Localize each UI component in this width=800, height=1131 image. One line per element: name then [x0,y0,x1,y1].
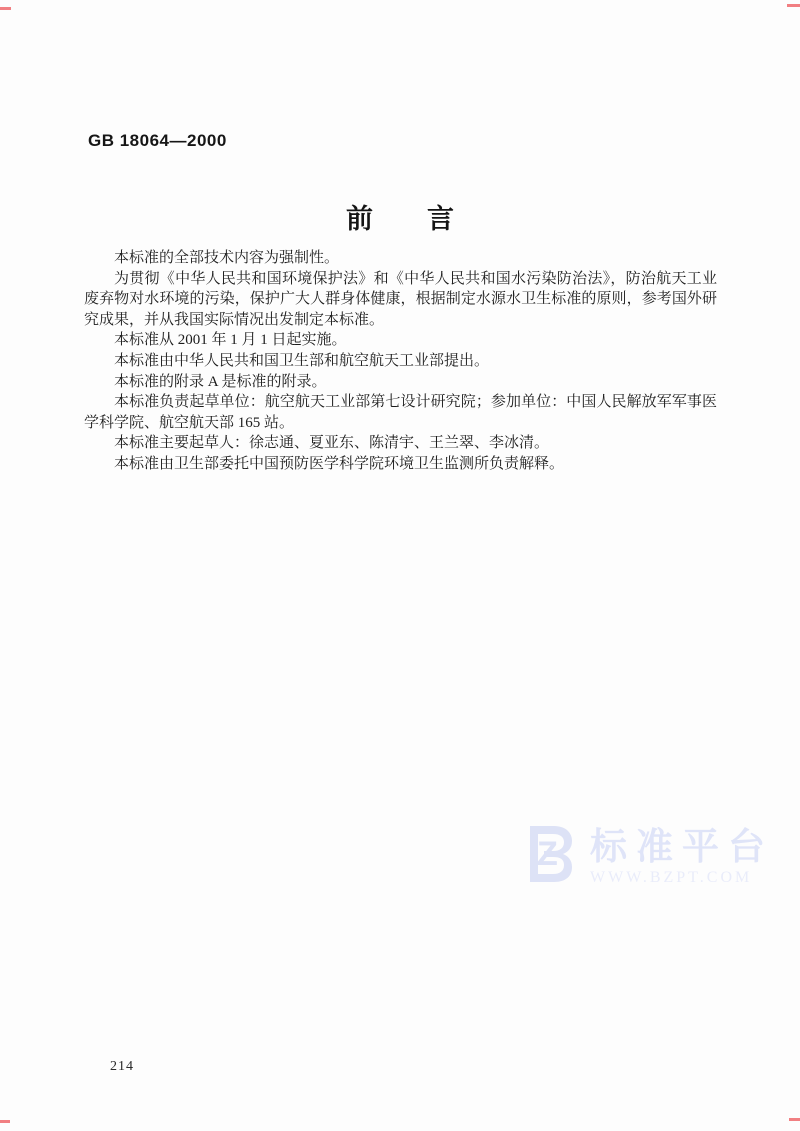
foreword-paragraph: 本标准由中华人民共和国卫生部和航空航天工业部提出。 [84,351,717,372]
foreword-paragraph: 本标准的附录 A 是标准的附录。 [84,372,717,393]
page-number: 214 [110,1059,134,1075]
corner-mark-bottom-left [0,1120,10,1123]
corner-mark-bottom-right [789,1118,800,1121]
bzpt-logo-icon: Z [520,820,580,888]
foreword-paragraph: 本标准主要起草人：徐志通、夏亚东、陈清宇、王兰翠、李冰清。 [84,433,717,454]
foreword-body: 本标准的全部技术内容为强制性。 为贯彻《中华人民共和国环境保护法》和《中华人民共… [84,248,717,475]
standard-number: GB 18064—2000 [88,131,227,151]
page-title: 前 言 [0,197,800,236]
svg-text:Z: Z [537,835,558,873]
document-page: GB 18064—2000 前 言 本标准的全部技术内容为强制性。 为贯彻《中华… [0,0,800,1131]
watermark-brand: 标准平台 [590,828,774,866]
watermark: Z 标准平台 WWW.BZPT.COM [520,820,774,888]
watermark-text: 标准平台 WWW.BZPT.COM [590,820,774,887]
corner-mark-top-left [0,7,11,10]
foreword-paragraph: 本标准从 2001 年 1 月 1 日起实施。 [84,330,717,351]
corner-mark-top-right [787,4,800,7]
watermark-url: WWW.BZPT.COM [590,869,774,887]
foreword-paragraph: 为贯彻《中华人民共和国环境保护法》和《中华人民共和国水污染防治法》，防治航天工业… [84,269,717,331]
foreword-paragraph: 本标准的全部技术内容为强制性。 [84,248,717,269]
foreword-paragraph: 本标准由卫生部委托中国预防医学科学院环境卫生监测所负责解释。 [84,454,717,475]
foreword-paragraph: 本标准负责起草单位：航空航天工业部第七设计研究院；参加单位：中国人民解放军军事医… [84,392,717,433]
